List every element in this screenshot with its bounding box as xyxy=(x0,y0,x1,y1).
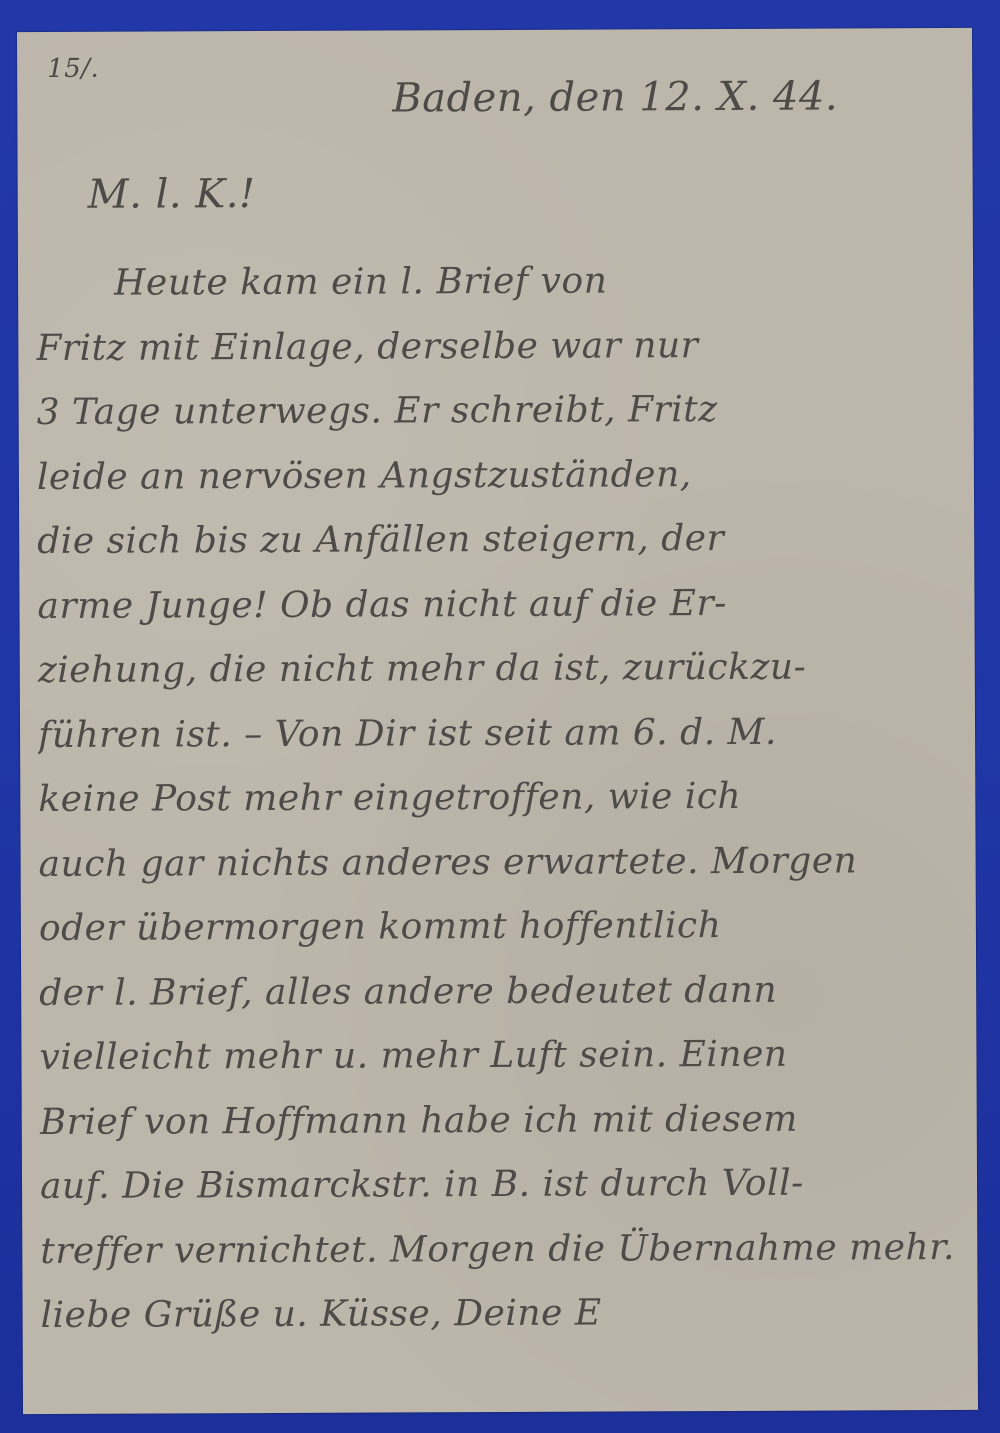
letter-line: ziehung, die nicht mehr da ist, zurückzu… xyxy=(38,635,955,704)
letter-closing: liebe Grüße u. Küsse, Deine E. xyxy=(40,1282,600,1349)
page-number: 15/. xyxy=(47,54,99,84)
letter-line: auch gar nichts anderes erwartete. Morge… xyxy=(38,829,955,898)
letter-line: Heute kam ein l. Brief von xyxy=(36,248,953,317)
letter-line: treffer vernichtet. Morgen die Übernahme… xyxy=(40,1215,957,1284)
letter-line: Brief von Hoffmann habe ich mit diesem xyxy=(40,1087,957,1156)
letter-line: auf. Die Bismarckstr. in B. ist durch Vo… xyxy=(40,1151,957,1220)
letter-line: oder übermorgen kommt hoffentlich xyxy=(39,893,956,962)
letter-line: die sich bis zu Anfällen steigern, der xyxy=(37,506,954,575)
letter-line: führen ist. – Von Dir ist seit am 6. d. … xyxy=(38,700,955,769)
letter-line: arme Junge! Ob das nicht auf die Er- xyxy=(37,571,954,640)
letter-line: Fritz mit Einlage, derselbe war nur xyxy=(36,313,953,382)
letter-line: leide an nervösen Angstzuständen, xyxy=(37,442,954,511)
postcard: 15/. Baden, den 12. X. 44. M. l. K.! Heu… xyxy=(17,28,978,1414)
letter-body: Heute kam ein l. Brief von Fritz mit Ein… xyxy=(36,248,958,1348)
letter-line: 3 Tage unterwegs. Er schreibt, Fritz xyxy=(37,377,954,446)
letter-line: vielleicht mehr u. mehr Luft sein. Einen xyxy=(39,1022,956,1091)
letter-line: keine Post mehr eingetroffen, wie ich xyxy=(38,764,955,833)
date-line: Baden, den 12. X. 44. xyxy=(392,74,838,122)
salutation: M. l. K.! xyxy=(88,171,256,218)
letter-line: der l. Brief, alles andere bedeutet dann xyxy=(39,958,956,1027)
